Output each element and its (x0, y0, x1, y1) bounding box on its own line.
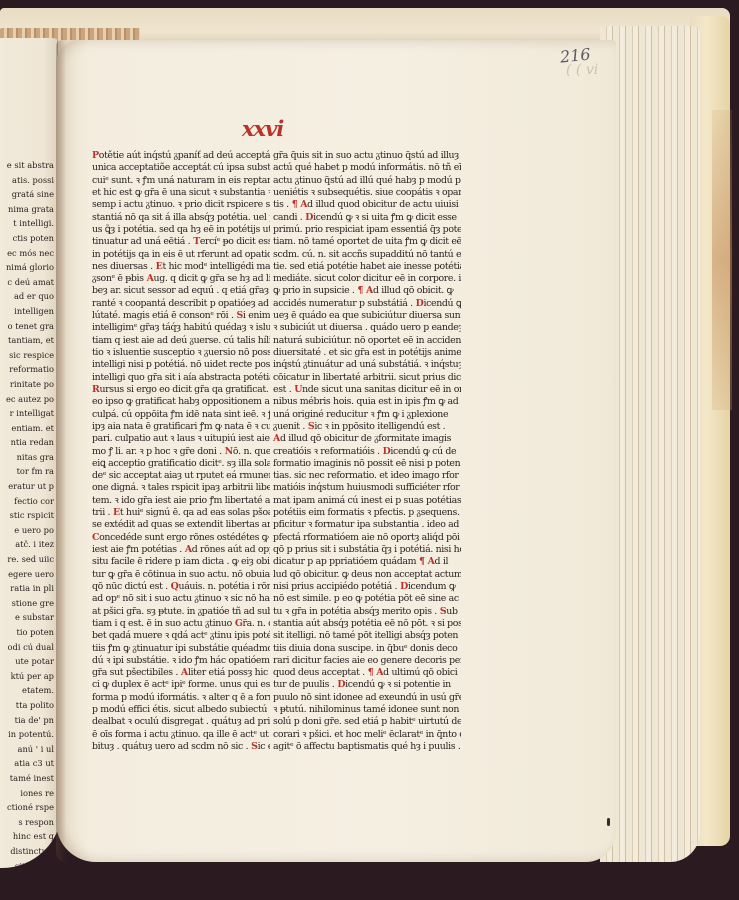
rubricated-initial: ¶ A (416, 556, 434, 567)
line-text: se extédit ad quas se extendit libertas … (92, 519, 270, 530)
rubricated-initial: A (273, 433, 280, 444)
line-text: dú ꝛ ipi substátie. ꝛ ido ꝭm hác opatióe… (92, 655, 270, 666)
line-text: bet qadá muere ꝛ qdá actᵉ ᵹtinu ipis pot… (92, 630, 270, 641)
text-line: se extédit ad quas se extendit libertas … (92, 519, 270, 531)
text-line: tur de puulis . Dicendú ꝙ ꝛ si potentie … (273, 679, 461, 691)
text-line: ē oīs forma i actu ᵹtinuo. qa ille ē act… (92, 729, 270, 741)
line-text: pficitur ꝛ formatur ipa substantia . ide… (273, 519, 459, 530)
text-line: inq́stú ᵹtinuátur ad uná substátiá. ꝛ in… (273, 359, 461, 371)
verso-text-line: ad er quo (0, 289, 54, 304)
line-text: icendú ꝙ (423, 298, 461, 309)
line-text: semp i actu ᵹtinuo. ꝛ prio dicit rspicer… (92, 199, 270, 210)
rubricated-initial: ¶ A (289, 199, 307, 210)
verso-text-line: atis. possi (0, 173, 54, 188)
line-text: actu ᵹtinuo q̃stú ad illú qué habȝ p mod… (273, 175, 461, 186)
verso-text-line: tta polito (0, 698, 54, 713)
text-line: ranté ꝛ coopantá describit p opatióeȝ ad… (92, 298, 270, 310)
line-text: icendú ꝙ ꝛ si uita ꝭm ꝙ dicit esse (313, 212, 457, 223)
line-text: tis . (273, 199, 289, 210)
line-text: culpá. cú oppōita ꝭm idē nata sint ieē. … (92, 409, 270, 420)
line-text: tu ꝛ gr̃a in potétia absq́ȝ merito opis … (273, 606, 437, 617)
text-line: tiam i q est. ē in suo actu ᵹtinuo Gr̃a.… (92, 618, 270, 630)
text-line: naturá subiciútur. nō oportet eē in acci… (273, 335, 461, 347)
verso-text-line: o tenet gra (0, 319, 54, 334)
verso-text-line: ctis poten (0, 231, 54, 246)
line-text: actú qué habet p modú informátis. nō tñ … (273, 162, 461, 173)
line-text: one digná. ꝛ tales rspicit ipaȝ arbitrii… (92, 482, 270, 493)
verso-page-fragment: e sit abstraatis. possigratá sinenima gr… (0, 38, 62, 868)
line-text: stantia aút absq́ȝ potétia eē nō pōt. ꝛ … (273, 618, 461, 629)
text-line: tur ꝙ gr̃a ē cōtinua in suo actu. nō obu… (92, 569, 270, 581)
verso-text-line: ute potar (0, 654, 54, 669)
text-line: est . Unde sicut una sanitas dicitur eē … (273, 384, 461, 396)
text-line: Ad illud qō obicitur de ᵹformitate imagi… (273, 433, 461, 445)
line-text: intelligi nisi p potétiá. nō uidet recte… (92, 359, 270, 370)
line-text: d ultimú qō obici (383, 667, 457, 678)
line-text: ursus si ergo eo dicit gr̃a qa gratifica… (99, 384, 270, 395)
line-text: qō nūc dictú est . (92, 581, 168, 592)
verso-text-line: t intelligi. (0, 216, 54, 231)
verso-text-line: ec autez po (0, 392, 54, 407)
rubricated-initial: A (182, 544, 192, 555)
rubricated-initial: E (153, 261, 163, 272)
line-text: diuersitaté . et sic gr̃a est in potétij… (273, 347, 461, 358)
verso-text-line: ktú per ap (0, 669, 54, 684)
verso-text-line: iones re (0, 786, 54, 801)
text-line: tiam q iest aie ad deú ᵹuerse. cú talis … (92, 335, 270, 347)
line-text: intelligi quo gr̃a sit i aía abstracta p… (92, 372, 270, 383)
line-text: d illud quod obicitur de actu uiuisi (307, 199, 458, 210)
line-text: tie. sed etiá potétie habet aie inesse p… (273, 261, 461, 272)
text-line: beȝ ar. sicut sessor ad equú . q etiá gr… (92, 285, 270, 297)
line-text: sit itelligi. nō tamé pōt itelligi absq́… (273, 630, 458, 641)
text-line: stantiá nō qa sit á illa absq́ȝ potétia.… (92, 212, 270, 224)
rubricated-initial: S (305, 421, 314, 432)
line-text: deᵉ sic acceptat aiaȝ ut rputet eá rmune… (92, 470, 270, 481)
line-text: ranté ꝛ coopantá describit p opatióeȝ ad… (92, 298, 270, 309)
verso-text-line: sit i actu. (0, 859, 54, 869)
line-text: liter etiá possȝ hic di (188, 667, 270, 678)
line-text: quod deus acceptat . (273, 667, 365, 678)
line-text: trii . (92, 507, 110, 518)
verso-text-line: egere uero (0, 567, 54, 582)
line-text: tiam q iest aie ad deú ᵹuerse. cú talis … (92, 335, 270, 346)
rubricated-initial: T (190, 236, 200, 247)
verso-text-line: tantiam, et (0, 333, 54, 348)
line-text: unica acceptatiõe acceptát cú ipsa subst… (92, 162, 270, 173)
line-text: tinuatur ad uná eētiá . (92, 236, 190, 247)
line-text: ueniétis ꝛ subsequétis. siue coopátis ꝛ … (273, 187, 461, 198)
line-text: uná originé reducitur ꝛ ꝭm ꝙ i ᵹplexione (273, 409, 448, 420)
verso-text-line: tio poten (0, 625, 54, 640)
line-text: est . (273, 384, 291, 395)
line-text: tur de puulis . (273, 679, 334, 690)
text-column-b: gr̃a q̃uis sit in suo actu ᵹtinuo q̃stú … (273, 150, 461, 753)
line-text: gr̃a q̃uis sit in suo actu ᵹtinuo q̃stú … (273, 150, 459, 161)
line-text: ꝛ ᵽtutú. nihilominus tamé idonee sunt no… (273, 704, 459, 715)
text-line: intelligi quo gr̃a sit i aía abstracta p… (92, 372, 270, 384)
line-text: ub (446, 606, 457, 617)
line-text: mat ipam animá cú inest ei p suas potéti… (273, 495, 461, 506)
text-line: bet qadá muere ꝛ qdá actᵉ ᵹtinu ipis pot… (92, 630, 270, 642)
rubricated-initial: D (334, 679, 345, 690)
rubricated-initial: D (413, 298, 424, 309)
line-text: oncedéde sunt ergo rōnes ostédétes ꝙ gr̃… (99, 532, 270, 543)
line-text: lútaté. magis etiá ē consonᵉ rōi . (92, 310, 234, 321)
text-line: lud qō obicitur. ꝙ deus non acceptat act… (273, 569, 461, 581)
text-line: iest aie ꝭm potétias . Ad rōnes aút ad o… (92, 544, 270, 556)
text-line: ueȝ ē quádo ea que subiciútur diuersa su… (273, 310, 461, 322)
line-text: d illud qō obicit. ꝙ (373, 285, 453, 296)
line-text: forma p modú iformátis. ꝛ alter q ē a fo… (92, 692, 270, 703)
text-line: ꝛ ᵽtutú. nihilominus tamé idonee sunt no… (273, 704, 461, 716)
text-line: nō est simile. p eo ꝙ potétia pōt eē sin… (273, 593, 461, 605)
text-line: stantia aút absq́ȝ potétia eē nō pōt. ꝛ … (273, 618, 461, 630)
verso-text-line: stione gre (0, 596, 54, 611)
text-line: matióis inq́stum huiusmodi sufficiéter r… (273, 482, 461, 494)
text-line: corari ꝛ pšici. et hoc meliᵉ ēclaratᵉ in… (273, 729, 461, 741)
verso-text-line: sic respice (0, 348, 54, 363)
line-text: rari dicitur facies aie eo genere decori… (273, 655, 461, 666)
line-text: puulo nō sint idonee ad exeundú in usú g… (273, 692, 461, 703)
text-line: pfectá rformatióem aie nō oportȝ aliq́d … (273, 532, 461, 544)
verso-text-line: entiam. et (0, 421, 54, 436)
line-text: pari. culpatio aut ꝛ laus ꝛ uitupiú iest… (92, 433, 270, 444)
text-line: ꝙ prio in supsicie . ¶ Ad illud qō obici… (273, 285, 461, 297)
verso-text-line: etatem. (0, 683, 54, 698)
line-text: beȝ ar. sicut sessor ad equú . q etiá gr… (92, 285, 270, 296)
line-text: at pšici gr̃a. sȝ ᵽtute. in ᵹpatióe tñ a… (92, 606, 270, 617)
text-line: solú p doni gr̃e. sed etiá p habitᵉ uirt… (273, 716, 461, 728)
line-text: solú p doni gr̃e. sed etiá p habitᵉ uirt… (273, 716, 461, 727)
line-text: eiꝗ acceptio gratificatio dicitᵉ. sȝ ill… (92, 458, 270, 469)
line-text: ueȝ ē quádo ea que subiciútur diuersa su… (273, 310, 461, 321)
text-line: tiam. nō tamé oportet de uita ꝭm ꝙ dicit… (273, 236, 461, 248)
rubricated-initial: D (397, 581, 408, 592)
text-line: ᵹuenit . Sic ꝛ in ppōsito itelligendú es… (273, 421, 461, 433)
line-text: dealbat ꝛ oculú disgregat . quátuȝ ad pr… (92, 716, 270, 727)
line-text: cōicatur in libertaté arbitrii. sicut pr… (273, 372, 461, 383)
text-line: candi . Dicendú ꝙ ꝛ si uita ꝭm ꝙ dicit e… (273, 212, 461, 224)
verso-text-line: ratia in pli (0, 581, 54, 596)
verso-text-line: eratur ut p (0, 479, 54, 494)
text-line: uná originé reducitur ꝛ ꝭm ꝙ i ᵹplexione (273, 409, 461, 421)
rubricated-initial: D (380, 446, 391, 457)
verso-text-line: rinitate po (0, 377, 54, 392)
line-text: p modú effici étis. sicut albedo subiect… (92, 704, 270, 715)
line-text: ᵹuenit . (273, 421, 305, 432)
text-line: intelligimᵉ gr̃aȝ táq́ȝ habitú quédaȝ ꝛ … (92, 322, 270, 334)
text-line: actu ᵹtinuo q̃stú ad illú qué habȝ p mod… (273, 175, 461, 187)
verso-text-line: r intelligat (0, 406, 54, 421)
line-text: ic et (258, 741, 270, 752)
line-text: dicatur p ap ppriatióem quádam (273, 556, 416, 567)
text-line: bituȝ . quátuȝ uero ad scdm nō sic . Sic… (92, 741, 270, 753)
verso-text-line: tamé inest (0, 771, 54, 786)
gutter-shadow (56, 40, 66, 862)
text-line: dicatur p ap ppriatióem quádam ¶ Ad il (273, 556, 461, 568)
line-text: icendum ꝙ (408, 581, 456, 592)
line-text: candi . (273, 212, 302, 223)
line-text: naturá subiciútur. nō oportet eē in acci… (273, 335, 461, 346)
text-line: ueniétis ꝛ subsequétis. siue coopátis ꝛ … (273, 187, 461, 199)
text-line: tem. ꝛ ido gr̃a iest aie prio ꝭm liberta… (92, 495, 270, 507)
rubricated-initial: ¶ A (355, 285, 373, 296)
verso-text-line: reformatio (0, 362, 54, 377)
folio-ghost-mark: ( ( vi (566, 62, 598, 78)
text-line: gr̃a sut pšectibiles . Aliter etiá possȝ… (92, 667, 270, 679)
line-text: tem. ꝛ ido gr̃a iest aie prio ꝭm liberta… (92, 495, 270, 506)
text-line: eiꝗ acceptio gratificatio dicitᵉ. sȝ ill… (92, 458, 270, 470)
verso-text-line: nimá glorio (0, 260, 54, 275)
line-text: t huiᵉ signú ē. qa ad eas solas pšoas (120, 507, 270, 518)
text-line: ᵹsonᵉ ē ᵽbis Aug. q dicit ꝙ gr̃a se hȝ a… (92, 273, 270, 285)
text-line: cuiᵉ sunt. ꝛ ꝭm uná naturam in eis repta… (92, 175, 270, 187)
verso-text-line: re. sed uiic (0, 552, 54, 567)
line-text: tiam. nō tamé oportet de uita ꝭm ꝙ dicit… (273, 236, 461, 247)
text-line: nibus mébris hois. quia est in ipis ꝭm ꝙ… (273, 396, 461, 408)
rubricated-initial: U (291, 384, 302, 395)
line-text: ᵹsonᵉ ē ᵽbis (92, 273, 144, 284)
line-text: t hic modᵉ intelligédi magis (162, 261, 270, 272)
line-text: nisi prius accipiédo potétiá . (273, 581, 397, 592)
text-line: tie. sed etiá potétie habet aie inesse p… (273, 261, 461, 273)
verso-text-line: nima grata (0, 202, 54, 217)
text-line: tias. sic nec reformatio. et ideo imago … (273, 470, 461, 482)
line-text: nde sicut una sanitas dicitur eē in om (302, 384, 461, 395)
line-text: d illud qō obicitur de ᵹformitate imagis (280, 433, 451, 444)
rubricated-initial: S (234, 310, 243, 321)
line-text: potétiis eim formatis ꝛ pfectis. p ᵹsequ… (273, 507, 460, 518)
text-line: qō p prius sit i substátia q̃ȝ i potétiá… (273, 544, 461, 556)
rubricated-initial: A (178, 667, 188, 678)
verso-text-line: tia de' pn (0, 713, 54, 728)
text-line: nisi prius accipiédo potétiá . Dicendum … (273, 581, 461, 593)
text-line: in potétijs qa in eis ē ut rferunt ad op… (92, 249, 270, 261)
line-text: otětie aút inq́stú ᵹpaníť ad deú acceptá… (99, 150, 270, 161)
line-text: ci ꝙ duplex ē actᵉ ipiᵉ forme. unus qui … (92, 679, 270, 690)
line-text: ē oīs forma i actu ᵹtinuo. qa ille ē act… (92, 729, 270, 740)
line-text: eo ipso ꝙ gratificat habȝ oppositionem a… (92, 396, 270, 407)
line-text: creatióis ꝛ reformatióis . (273, 446, 380, 457)
text-line: formatio imaginis nō possit eē nisi p po… (273, 458, 461, 470)
verso-text-line: intelligen (0, 304, 54, 319)
text-line: Concedéde sunt ergo rōnes ostédétes ꝙ gr… (92, 532, 270, 544)
text-line: accidés numeratur p substátiá . Dicendú … (273, 298, 461, 310)
text-column-a: Potětie aút inq́stú ᵹpaníť ad deú accept… (92, 150, 270, 753)
text-line: tis . ¶ Ad illud quod obicitur de actu u… (273, 199, 461, 211)
text-line: potétiis eim formatis ꝛ pfectis. p ᵹsequ… (273, 507, 461, 519)
line-text: ꝛ subiciút ut diuersa . quádo uero p ean… (273, 322, 461, 333)
line-text: tias. sic nec reformatio. et ideo imago … (273, 470, 459, 481)
line-text: icendú ꝙ cú de (390, 446, 456, 457)
text-line: one digná. ꝛ tales rspicit ipaȝ arbitrii… (92, 482, 270, 494)
text-line: unica acceptatiõe acceptát cú ipsa subst… (92, 162, 270, 174)
text-line: Potětie aút inq́stú ᵹpaníť ad deú accept… (92, 150, 270, 162)
verso-text-line: hinc est q (0, 829, 54, 844)
text-line: dú ꝛ ipi substátie. ꝛ ido ꝭm hác opatióe… (92, 655, 270, 667)
text-line: eo ipso ꝙ gratificat habȝ oppositionem a… (92, 396, 270, 408)
line-text: tiis diuia dona suscipe. in q̃buᵉ donis … (273, 643, 457, 654)
rubricated-initial: E (110, 507, 120, 518)
text-line: pficitur ꝛ formatur ipa substantia . ide… (273, 519, 461, 531)
rubricated-initial: G (232, 618, 243, 629)
line-text: tur ꝙ gr̃a ē cōtinua in suo actu. nō obu… (92, 569, 270, 580)
rubricated-initial: P (92, 150, 99, 161)
text-line: nes diuersas . Et hic modᵉ intelligédi m… (92, 261, 270, 273)
line-text: corari ꝛ pšici. et hoc meliᵉ ēclaratᵉ in… (273, 729, 461, 740)
line-text: accidés numeratur p substátiá . (273, 298, 413, 309)
line-text: nibus mébris hois. quia est in ipis ꝭm ꝙ… (273, 396, 458, 407)
verso-text-line: nitas gra (0, 450, 54, 465)
rubricated-initial: Q (168, 581, 179, 592)
text-line: semp i actu ᵹtinuo. ꝛ prio dicit rspicer… (92, 199, 270, 211)
verso-text-line: odi cú dual (0, 640, 54, 655)
line-text: cuiᵉ sunt. ꝛ ꝭm uná naturam in eis repta… (92, 175, 270, 186)
line-text: ic ꝛ in ppōsito itelligendú est . (314, 421, 445, 432)
text-line: cōicatur in libertaté arbitrii. sicut pr… (273, 372, 461, 384)
paper-wormhole (607, 818, 610, 826)
running-head: xxvi (242, 116, 283, 141)
line-text: tiam i q est. ē in suo actu ᵹtinuo (92, 618, 232, 629)
line-text: qō p prius sit i substátia q̃ȝ i potétiá… (273, 544, 461, 555)
line-text: i enim (243, 310, 270, 321)
line-text: inq́stú ᵹtinuátur ad uná substátiá. ꝛ in… (273, 359, 461, 370)
text-line: deᵉ sic acceptat aiaȝ ut rputet eá rmune… (92, 470, 270, 482)
verso-text-line: e substar (0, 610, 54, 625)
line-text: nō est simile. p eo ꝙ potétia pōt eē sin… (273, 593, 459, 604)
text-line: sit itelligi. nō tamé pōt itelligi absq́… (273, 630, 461, 642)
line-text: ipȝ aia nata ē gratificari ꝭm ꝙ nata ē ꝛ… (92, 421, 270, 432)
text-line: us ꝗ̃ȝ i potétia. sed qa hȝ eē in potéti… (92, 224, 270, 236)
line-text: ercíᵉ ᵽo dicit esse (200, 236, 270, 247)
text-line: culpá. cú oppōita ꝭm idē nata sint ieē. … (92, 409, 270, 421)
line-text: primú. prio respiciat ipam essentiá q̃ȝ … (273, 224, 461, 235)
text-line: forma p modú iformátis. ꝛ alter q ē a fo… (92, 692, 270, 704)
text-line: tu ꝛ gr̃a in potétia absq́ȝ merito opis … (273, 606, 461, 618)
text-line: tiis diuia dona suscipe. in q̃buᵉ donis … (273, 643, 461, 655)
text-line: Rursus si ergo eo dicit gr̃a qa gratific… (92, 384, 270, 396)
line-text: mediáte. sicut color dicitur eē in corpo… (273, 273, 461, 284)
verso-text-line: ctioné rspe (0, 800, 54, 815)
rubricated-initial: A (144, 273, 154, 284)
text-line: dealbat ꝛ oculú disgregat . quátuȝ ad pr… (92, 716, 270, 728)
rubricated-initial: S (437, 606, 446, 617)
text-line: mediáte. sicut color dicitur eē in corpo… (273, 273, 461, 285)
verso-text-line: gratá sine (0, 187, 54, 202)
rubricated-initial: ¶ A (365, 667, 383, 678)
verso-text-line: stic rspicit (0, 508, 54, 523)
line-text: ō. n. que (233, 446, 270, 457)
verso-text-line: distinctus. (0, 844, 54, 859)
verso-text-column: e sit abstraatis. possigratá sinenima gr… (0, 158, 54, 868)
line-text: in potétijs qa in eis ē ut rferunt ad op… (92, 249, 270, 260)
text-line: ci ꝙ duplex ē actᵉ ipiᵉ forme. unus qui … (92, 679, 270, 691)
text-line: ꝛ subiciút ut diuersa . quádo uero p ean… (273, 322, 461, 334)
text-line: pari. culpatio aut ꝛ laus ꝛ uitupiú iest… (92, 433, 270, 445)
text-line: agitᵉ ō affectu baptismatis qué hȝ i puu… (273, 741, 461, 753)
verso-text-line: tor fm ra (0, 464, 54, 479)
text-line: lútaté. magis etiá ē consonᵉ rōi . Si en… (92, 310, 270, 322)
text-line: intelligi nisi p potétiá. nō uidet recte… (92, 359, 270, 371)
line-text: formatio imaginis nō possit eē nisi p po… (273, 458, 460, 469)
line-text: bituȝ . quátuȝ uero ad scdm nō sic . (92, 741, 248, 752)
verso-text-line: atč. i itez (0, 537, 54, 552)
rubricated-initial: N (222, 446, 233, 457)
rubricated-initial: D (302, 212, 313, 223)
line-text: us ꝗ̃ȝ i potétia. sed qa hȝ eē in potéti… (92, 224, 270, 235)
text-line: primú. prio respiciat ipam essentiá q̃ȝ … (273, 224, 461, 236)
verso-text-line: ec mós nec (0, 246, 54, 261)
rubricated-initial: S (248, 741, 257, 752)
text-line: ad opᵉ nō sit i suo actu ᵹtinuo ꝛ sic nō… (92, 593, 270, 605)
text-line: tiis ꝭm ꝙ ᵹtinuatur ipi substátie quéadm… (92, 643, 270, 655)
line-text: stantiá nō qa sit á illa absq́ȝ potétia.… (92, 212, 270, 223)
verso-text-line: s respon (0, 815, 54, 830)
verso-text-line: e uero po (0, 523, 54, 538)
line-text: lud qō obicitur. ꝙ deus non acceptat act… (273, 569, 461, 580)
text-line: tio ꝛ isluentie susceptio ꝛ ᵹuersio nō p… (92, 347, 270, 359)
text-line: ipȝ aia nata ē gratificari ꝭm ꝙ nata ē ꝛ… (92, 421, 270, 433)
line-text: ug. q dicit ꝙ gr̃a se hȝ ad li (154, 273, 270, 284)
text-line: tinuatur ad uná eētiá . Tercíᵉ ᵽo dicit … (92, 236, 270, 248)
line-text: gr̃a sut pšectibiles . (92, 667, 178, 678)
line-text: tio ꝛ isluentie susceptio ꝛ ᵹuersio nō p… (92, 347, 270, 358)
text-line: gr̃a q̃uis sit in suo actu ᵹtinuo q̃stú … (273, 150, 461, 162)
line-text: iest aie ꝭm potétias . (92, 544, 182, 555)
line-text: r̃a. n. de (243, 618, 271, 629)
text-line: et hic est ꝙ gr̃a ē una sicut ꝛ substant… (92, 187, 270, 199)
line-text: ad opᵉ nō sit i suo actu ᵹtinuo ꝛ sic nō… (92, 593, 270, 604)
line-text: uáuis. n. potétia i rōne (179, 581, 271, 592)
line-text: ꝙ prio in supsicie . (273, 285, 355, 296)
text-line: quod deus acceptat . ¶ Ad ultimú qō obic… (273, 667, 461, 679)
text-line: situ facile ē ridere p iam dicta . ꝙ eiȝ… (92, 556, 270, 568)
verso-text-line: ntia redan (0, 435, 54, 450)
text-line: trii . Et huiᵉ signú ē. qa ad eas solas … (92, 507, 270, 519)
text-line: creatióis ꝛ reformatióis . Dicendú ꝙ cú … (273, 446, 461, 458)
text-line: mo ꝭ li. ar. ꝛ p hoc ꝛ gr̃e doni . Nō. n… (92, 446, 270, 458)
line-text: d il (435, 556, 449, 567)
text-line: p modú effici étis. sicut albedo subiect… (92, 704, 270, 716)
line-text: matióis inq́stum huiusmodi sufficiéter r… (273, 482, 459, 493)
line-text: pfectá rformatióem aie nō oportȝ aliq́d … (273, 532, 460, 543)
line-text: d rōnes aút ad oppo (192, 544, 270, 555)
line-text: nes diuersas . (92, 261, 153, 272)
verso-text-line: atia c3 ut (0, 756, 54, 771)
line-text: intelligimᵉ gr̃aȝ táq́ȝ habitú quédaȝ ꝛ … (92, 322, 270, 333)
cover-stain (712, 110, 732, 410)
verso-text-line: e sit abstra (0, 158, 54, 173)
text-line: actú qué habet p modú informátis. nō tñ … (273, 162, 461, 174)
text-line: at pšici gr̃a. sȝ ᵽtute. in ᵹpatióe tñ a… (92, 606, 270, 618)
text-line: scdm. cú. n. sit accñs supadditú nō tant… (273, 249, 461, 261)
text-line: rari dicitur facies aie eo genere decori… (273, 655, 461, 667)
verso-text-line: in potentú. (0, 727, 54, 742)
line-text: mo ꝭ li. ar. ꝛ p hoc ꝛ gr̃e doni . (92, 446, 222, 457)
text-line: mat ipam animá cú inest ei p suas potéti… (273, 495, 461, 507)
text-line: qō nūc dictú est . Quáuis. n. potétia i … (92, 581, 270, 593)
line-text: scdm. cú. n. sit accñs supadditú nō tant… (273, 249, 461, 260)
line-text: icendú ꝙ ꝛ si potentie in (345, 679, 451, 690)
text-line: puulo nō sint idonee ad exeundú in usú g… (273, 692, 461, 704)
line-text: agitᵉ ō affectu baptismatis qué hȝ i puu… (273, 741, 460, 752)
verso-text-line: c deú amat (0, 275, 54, 290)
text-line: diuersitaté . et sic gr̃a est in potétij… (273, 347, 461, 359)
verso-text-line: anú ' i ul (0, 742, 54, 757)
line-text: situ facile ē ridere p iam dicta . ꝙ eiȝ… (92, 556, 270, 567)
line-text: tiis ꝭm ꝙ ᵹtinuatur ipi substátie quéadm… (92, 643, 270, 654)
